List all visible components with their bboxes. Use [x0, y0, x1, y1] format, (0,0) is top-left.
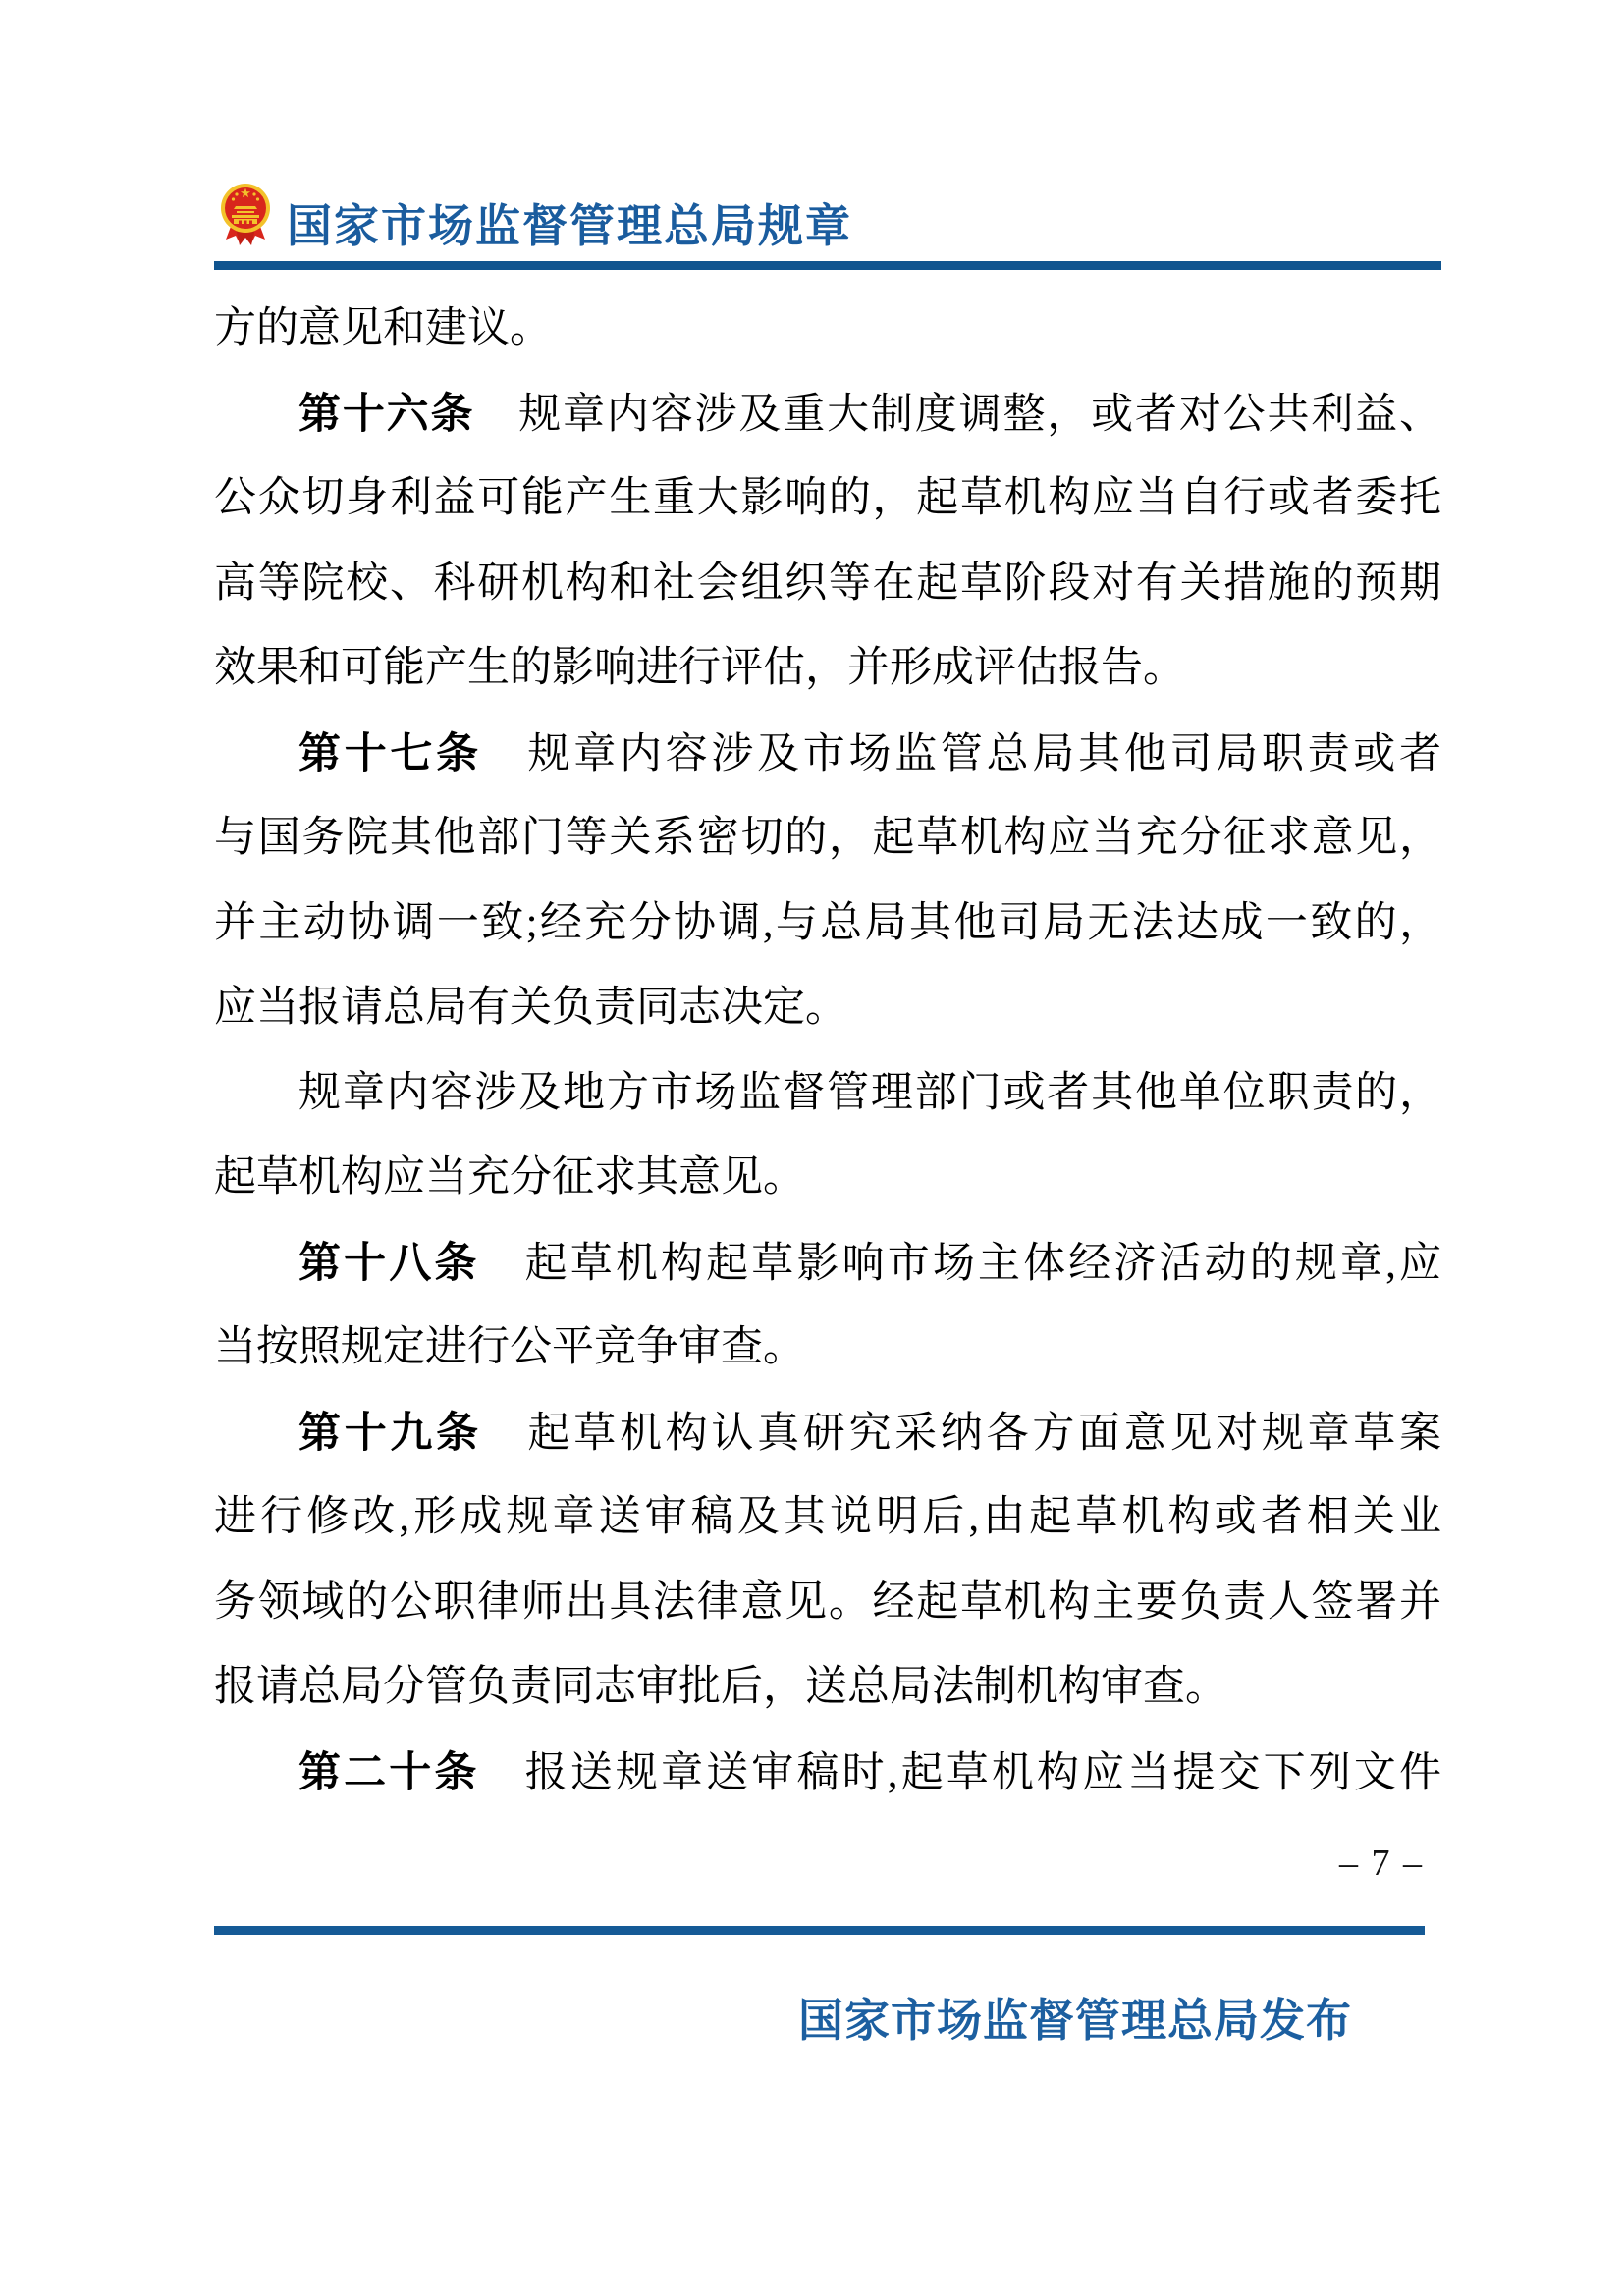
- article-number: 第十七条: [298, 730, 482, 777]
- document-page: 国家市场监督管理总局规章 方的意见和建议。第十六条 规章内容涉及重大制度调整，或…: [0, 0, 1624, 2296]
- body-line: 规章内容涉及地方市场监督管理部门或者其他单位职责的，: [214, 1051, 1441, 1137]
- header-rule: [214, 261, 1441, 270]
- footer-rule: [214, 1926, 1425, 1935]
- body-line: 当按照规定进行公平竞争审查。: [214, 1306, 1441, 1391]
- body-line: 第十七条 规章内容涉及市场监管总局其他司局职责或者: [214, 712, 1441, 797]
- body-line: 报请总局分管负责同志审批后，送总局法制机构审查。: [214, 1645, 1441, 1731]
- body-line: 高等院校、科研机构和社会组织等在起草阶段对有关措施的预期: [214, 542, 1441, 627]
- body-line: 效果和可能产生的影响进行评估，并形成评估报告。: [214, 626, 1441, 712]
- body-line: 进行修改,形成规章送审稿及其说明后,由起草机构或者相关业: [214, 1475, 1441, 1561]
- article-number: 第十六条: [298, 391, 474, 438]
- article-number: 第十九条: [298, 1410, 482, 1457]
- page-title: 国家市场监督管理总局规章: [287, 190, 852, 255]
- article-number: 第二十条: [298, 1749, 480, 1796]
- body-line: 应当报请总局有关负责同志决定。: [214, 966, 1441, 1051]
- body-line: 第十九条 起草机构认真研究采纳各方面意见对规章草案: [214, 1391, 1441, 1476]
- body-line: 并主动协调一致;经充分协调,与总局其他司局无法达成一致的，: [214, 881, 1441, 967]
- body-line: 与国务院其他部门等关系密切的，起草机构应当充分征求意见，: [214, 796, 1441, 881]
- body-line: 第二十条 报送规章送审稿时,起草机构应当提交下列文件: [214, 1731, 1441, 1816]
- body-line: 起草机构应当充分征求其意见。: [214, 1136, 1441, 1221]
- body-line: 第十八条 起草机构起草影响市场主体经济活动的规章,应: [214, 1221, 1441, 1307]
- document-body: 方的意见和建议。第十六条 规章内容涉及重大制度调整，或者对公共利益、公众切身利益…: [214, 287, 1441, 1815]
- china-national-emblem-icon: [220, 183, 271, 249]
- body-line: 第十六条 规章内容涉及重大制度调整，或者对公共利益、: [214, 372, 1441, 457]
- article-number: 第十八条: [298, 1240, 480, 1287]
- body-line: 公众切身利益可能产生重大影响的，起草机构应当自行或者委托: [214, 456, 1441, 542]
- page-number: – 7 –: [214, 1842, 1424, 1885]
- publisher-line: 国家市场监督管理总局发布: [798, 1985, 1352, 2050]
- body-line: 方的意见和建议。: [214, 287, 1441, 372]
- body-line: 务领域的公职律师出具法律意见。经起草机构主要负责人签署并: [214, 1561, 1441, 1646]
